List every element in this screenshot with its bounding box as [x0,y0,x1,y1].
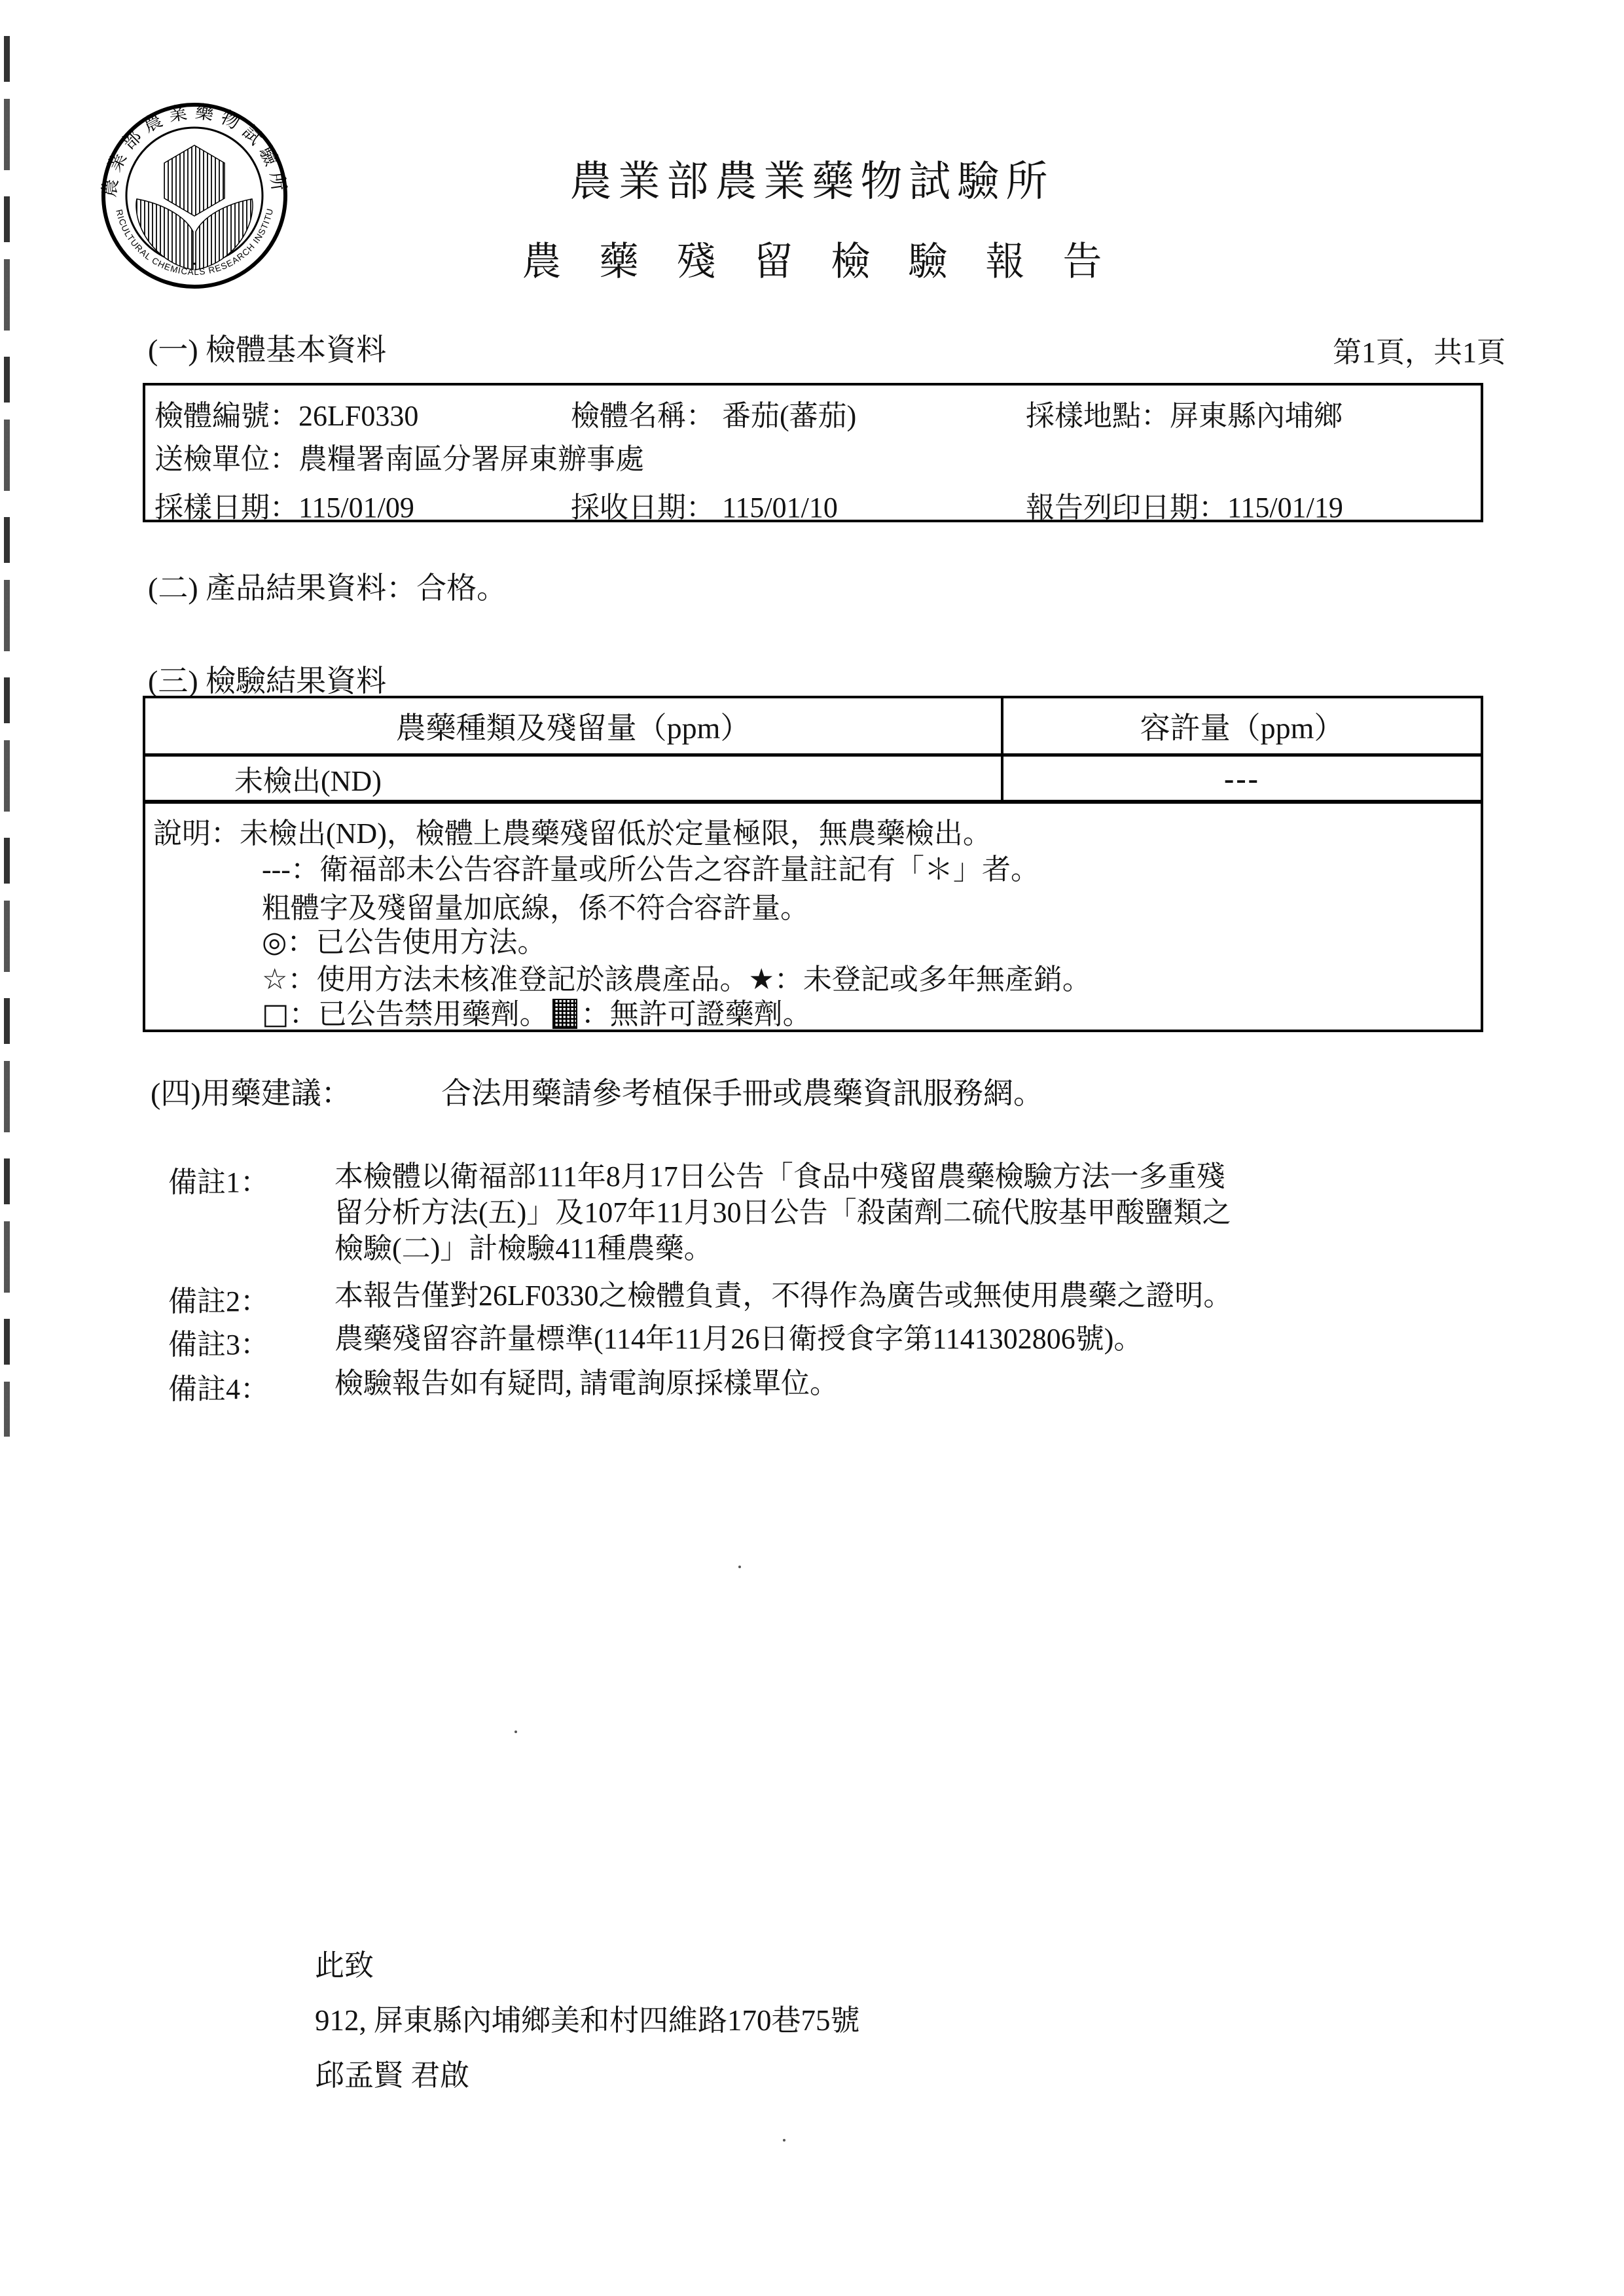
submitting-unit-field: 送檢單位：農糧署南區分署屏東辦事處 [154,435,644,477]
receipt-date-field: 採收日期： 115/01/10 [571,484,838,526]
note-open-square-text: □：已公告禁用藥劑。 [262,997,549,1031]
remark4-content: 檢驗報告如有疑問, 請電詢原採樣單位。 [334,1365,839,1401]
remark1-line1: 本檢體以衛福部111年8月17日公告「食品中殘留農藥檢驗方法一多重殘 [334,1158,1231,1194]
hatched-square-icon [552,999,577,1029]
remark1-line2: 留分析方法(五)」及107年11月30日公告「殺菌劑二硫代胺基甲酸鹽類之 [334,1194,1231,1230]
scan-speck [514,1731,517,1733]
tolerance-result-cell: --- [1003,757,1481,800]
sampling-date-field: 採樣日期：115/01/09 [154,484,414,526]
remark1-content: 本檢體以衛福部111年8月17日公告「食品中殘留農藥檢驗方法一多重殘 留分析方法… [334,1158,1231,1266]
closing-salute: 此致 [315,1941,374,1984]
result-table-data-row: 未檢出(ND) --- [145,757,1481,804]
note-circle-symbol: ◎：已公告使用方法。 [262,918,546,960]
scan-artifact-streak [4,36,10,1437]
page-number: 第1頁，共1頁 [1333,329,1506,370]
section2-heading: (二) 產品結果資料：合格。 [148,564,507,607]
document-title: 農業部農業藥物試驗所 [0,148,1624,208]
result-notes: 說明：未檢出(ND)，檢體上農藥殘留低於定量極限，無農藥檢出。 ---：衛福部未… [145,804,1481,1030]
note-dash-definition: ---：衛福部未公告容許量或所公告之容許量註記有「＊」者。 [262,846,1039,888]
sample-id-field: 檢體編號：26LF0330 [154,392,418,434]
report-page: 農業部農業藥物試驗所 AGRICULTURAL CHEMICALS RESEAR… [0,0,1624,2296]
sample-name-field: 檢體名稱： 番茄(蕃茄) [571,392,856,434]
recipient-address: 912, 屏東縣內埔鄉美和村四維路170巷75號 [315,1996,860,2039]
document-subtitle: 農藥殘留檢驗報告 [19,230,1624,287]
scan-speck [783,2139,785,2142]
note-square-symbols: □：已公告禁用藥劑。：無許可證藥劑。 [262,990,812,1032]
remark3-label: 備註3： [168,1321,269,1363]
section4-content: 合法用藥請參考植保手冊或農藥資訊服務網。 [441,1069,1043,1113]
section4-label: (四)用藥建議： [151,1069,352,1113]
residue-column-header: 農藥種類及殘留量（ppm） [145,698,1003,753]
result-table: 農藥種類及殘留量（ppm） 容許量（ppm） 未檢出(ND) --- 說明：未檢… [143,696,1483,1032]
note-filled-square-text: ：無許可證藥劑。 [581,997,812,1031]
remark1-label: 備註1： [168,1158,269,1200]
remark1-line3: 檢驗(二)」計檢驗411種農藥。 [334,1230,1231,1266]
remark2-label: 備註2： [168,1278,269,1319]
result-table-header-row: 農藥種類及殘留量（ppm） 容許量（ppm） [145,698,1481,757]
residue-result-cell: 未檢出(ND) [145,757,1003,800]
recipient-name: 邱孟賢 君啟 [315,2051,469,2094]
section3-heading: (三) 檢驗結果資料 [148,657,386,700]
print-date-field: 報告列印日期：115/01/19 [1026,484,1343,526]
scan-speck [738,1566,741,1568]
remark4-label: 備註4： [168,1365,269,1407]
remark3-content: 農藥殘留容許量標準(114年11月26日衛授食字第1141302806號)。 [334,1321,1142,1357]
tolerance-column-header: 容許量（ppm） [1003,698,1481,753]
sample-info-table: 檢體編號：26LF0330 檢體名稱： 番茄(蕃茄) 採樣地點：屏東縣內埔鄉 送… [143,383,1483,522]
section1-heading: (一) 檢體基本資料 [148,326,386,369]
sampling-site-field: 採樣地點：屏東縣內埔鄉 [1026,392,1343,434]
remark2-content: 本報告僅對26LF0330之檢體負責，不得作為廣告或無使用農藥之證明。 [334,1278,1232,1314]
